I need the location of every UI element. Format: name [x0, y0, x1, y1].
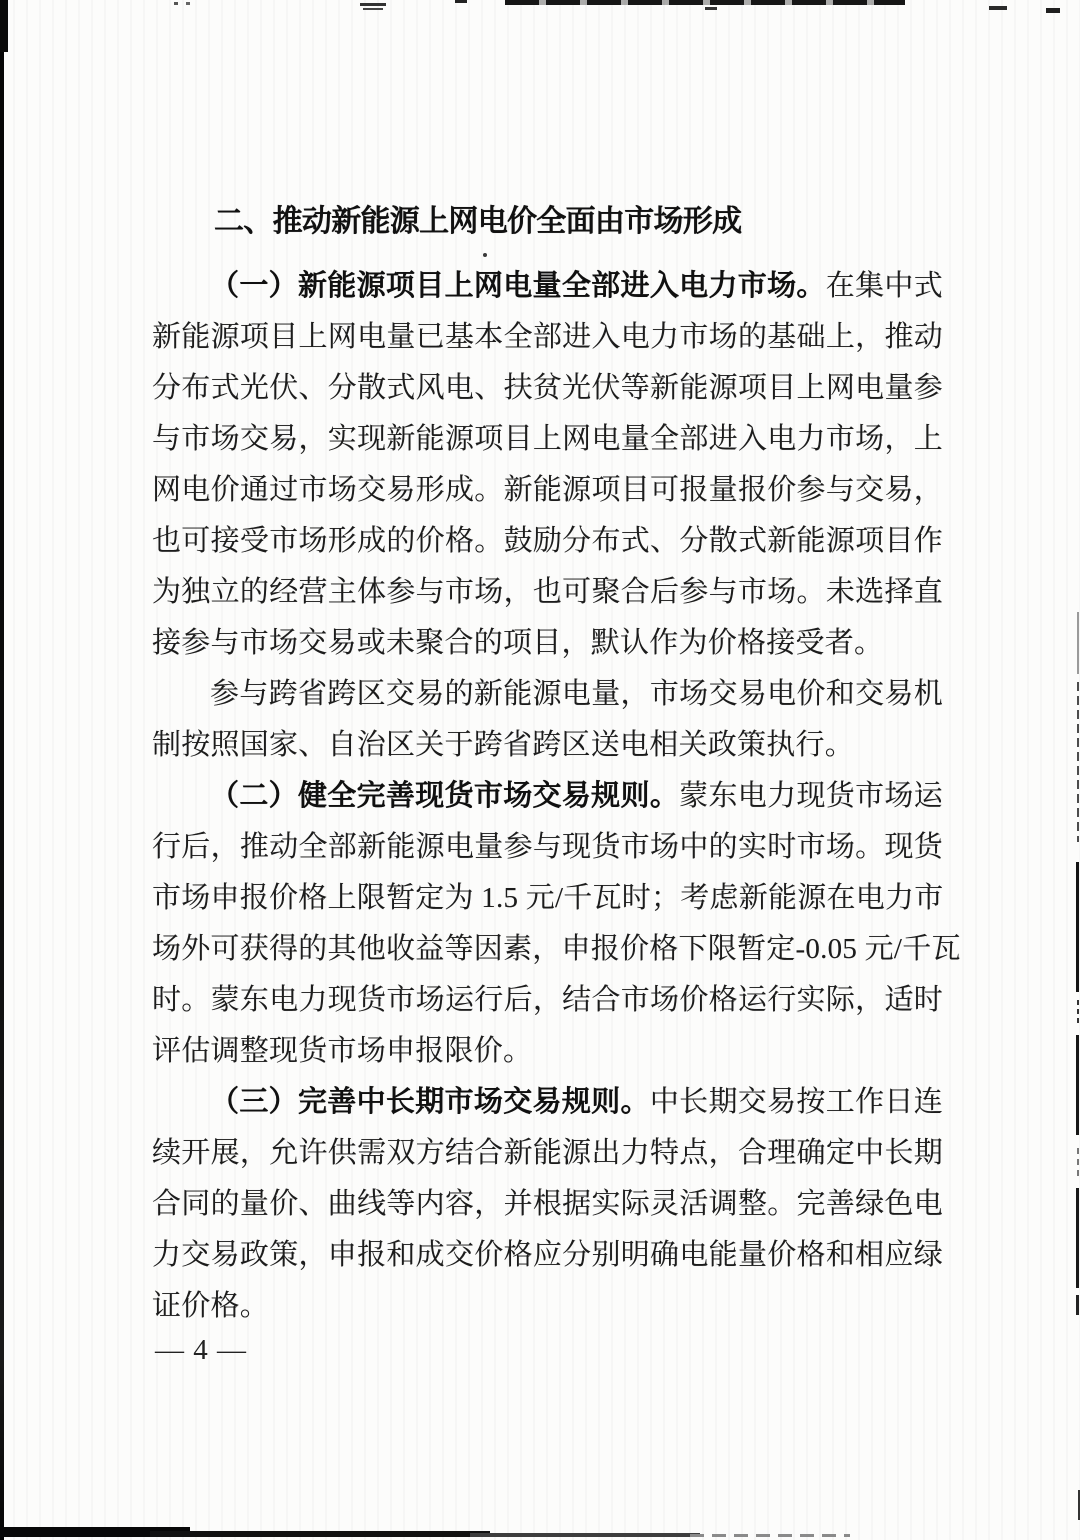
scan-bottom-edge-line — [150, 1531, 490, 1537]
scan-dash-mark — [1046, 8, 1060, 13]
text-run: 为独立的经营主体参与市场，也可聚合后参与市场。未选择直 — [152, 576, 943, 608]
text-line: 网电价通过市场交易形成。新能源项目可报量报价参与交易， — [152, 465, 943, 516]
scan-right-edge-segment — [1077, 1000, 1079, 1025]
scan-top-edge-line — [505, 0, 905, 5]
scan-bottom-edge-line — [690, 1534, 850, 1537]
text-run: 分布式光伏、分散式风电、扶贫光伏等新能源项目上网电量参 — [152, 372, 943, 404]
scan-dash-mark — [989, 6, 1007, 10]
text-run: 合同的量价、曲线等内容，并根据实际灵活调整。完善绿色电 — [152, 1188, 943, 1220]
scan-right-edge-segment — [1076, 1035, 1079, 1135]
text-run: 行后，推动全部新能源电量参与现货市场中的实时市场。现货 — [152, 831, 943, 863]
scan-right-edge-segment — [1076, 1188, 1079, 1288]
text-line: 为独立的经营主体参与市场，也可聚合后参与市场。未选择直 — [152, 567, 943, 618]
text-run: 力交易政策，申报和成交价格应分别明确电能量价格和相应绿 — [152, 1239, 943, 1271]
scan-dash-mark — [363, 8, 383, 10]
text-line: （一）新能源项目上网电量全部进入电力市场。在集中式 — [152, 261, 943, 312]
text-line: 市场申报价格上限暂定为 1.5 元/千瓦时；考虑新能源在电力市 — [152, 873, 943, 924]
text-run: 续开展，允许供需双方结合新能源出力特点，合理确定中长期 — [152, 1137, 943, 1169]
text-run: 蒙东电力现货市场运 — [679, 780, 943, 812]
text-line: 力交易政策，申报和成交价格应分别明确电能量价格和相应绿 — [152, 1230, 943, 1281]
bold-run: （三）完善中长期市场交易规则。 — [210, 1086, 650, 1118]
text-line: 场外可获得的其他收益等因素，申报价格下限暂定-0.05 元/千瓦 — [152, 924, 943, 975]
scan-edge-left-blob — [0, 0, 8, 52]
text-line: 制按照国家、自治区关于跨省跨区送电相关政策执行。 — [152, 720, 943, 771]
text-line: 接参与市场交易或未聚合的项目，默认作为价格接受者。 — [152, 618, 943, 669]
text-line: 合同的量价、曲线等内容，并根据实际灵活调整。完善绿色电 — [152, 1179, 943, 1230]
scan-edge-left-bar — [0, 0, 4, 1540]
text-line: 与市场交易，实现新能源项目上网电量全部进入电力市场，上 — [152, 414, 943, 465]
text-line: （三）完善中长期市场交易规则。中长期交易按工作日连 — [152, 1077, 943, 1128]
scan-right-edge-segment — [1077, 1148, 1079, 1180]
scan-bottom-edge-line — [470, 1533, 700, 1537]
text-run: 网电价通过市场交易形成。新能源项目可报量报价参与交易， — [152, 474, 943, 506]
text-run: 也可接受市场形成的价格。鼓励分布式、分散式新能源项目作 — [152, 525, 943, 557]
text-run: 与市场交易，实现新能源项目上网电量全部进入电力市场，上 — [152, 423, 943, 455]
text-line: 续开展，允许供需双方结合新能源出力特点，合理确定中长期 — [152, 1128, 943, 1179]
text-line: 也可接受市场形成的价格。鼓励分布式、分散式新能源项目作 — [152, 516, 943, 567]
section-heading: 二、推动新能源上网电价全面由市场形成 — [152, 197, 943, 247]
text-run: 新能源项目上网电量已基本全部进入电力市场的基础上，推动 — [152, 321, 943, 353]
text-run: 证价格。 — [152, 1290, 269, 1322]
text-run: 评估调整现货市场申报限价。 — [152, 1035, 532, 1067]
bold-run: （一）新能源项目上网电量全部进入电力市场。 — [210, 270, 826, 302]
text-line: 时。蒙东电力现货市场运行后，结合市场价格运行实际，适时 — [152, 975, 943, 1026]
text-run: 场外可获得的其他收益等因素，申报价格下限暂定-0.05 元/千瓦 — [152, 933, 961, 965]
scan-dash-mark — [705, 7, 717, 10]
text-line: 评估调整现货市场申报限价。 — [152, 1026, 943, 1077]
text-line: 行后，推动全部新能源电量参与现货市场中的实时市场。现货 — [152, 822, 943, 873]
scan-speck — [174, 2, 178, 5]
text-line: 新能源项目上网电量已基本全部进入电力市场的基础上，推动 — [152, 312, 943, 363]
document-body: 二、推动新能源上网电价全面由市场形成 （一）新能源项目上网电量全部进入电力市场。… — [152, 197, 943, 1332]
text-line: 参与跨省跨区交易的新能源电量，市场交易电价和交易机 — [152, 669, 943, 720]
text-run: 制按照国家、自治区关于跨省跨区送电相关政策执行。 — [152, 729, 854, 761]
text-run: 市场申报价格上限暂定为 1.5 元/千瓦时；考虑新能源在电力市 — [152, 882, 944, 914]
text-run: 在集中式 — [826, 270, 943, 302]
scan-right-edge-segment — [1077, 682, 1079, 842]
text-run: 中长期交易按工作日连 — [650, 1086, 943, 1118]
bold-run: （二）健全完善现货市场交易规则。 — [210, 780, 679, 812]
text-line: （二）健全完善现货市场交易规则。蒙东电力现货市场运 — [152, 771, 943, 822]
text-line: 分布式光伏、分散式风电、扶贫光伏等新能源项目上网电量参 — [152, 363, 943, 414]
scan-right-edge-segment — [1076, 862, 1079, 992]
text-run: 参与跨省跨区交易的新能源电量，市场交易电价和交易机 — [210, 678, 943, 710]
scan-dash-mark — [455, 0, 467, 3]
scan-right-edge-segment — [1077, 612, 1079, 674]
text-line: 证价格。 — [152, 1281, 943, 1332]
page-number: — 4 — — [155, 1330, 247, 1370]
text-run: 接参与市场交易或未聚合的项目，默认作为价格接受者。 — [152, 627, 883, 659]
scan-speck — [186, 2, 190, 5]
scan-bottom-edge-line — [0, 1527, 190, 1537]
scan-dash-mark — [360, 3, 386, 6]
scan-right-edge-segment — [1076, 1295, 1079, 1315]
text-run: 时。蒙东电力现货市场运行后，结合市场价格运行实际，适时 — [152, 984, 943, 1016]
